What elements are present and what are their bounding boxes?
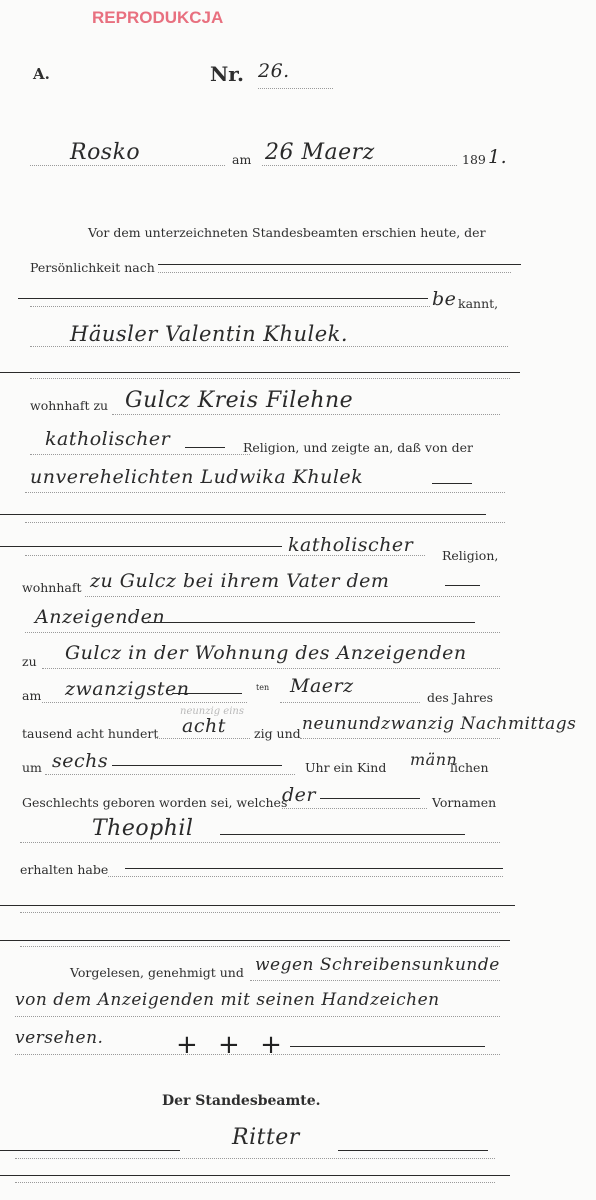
ten-label: ten (256, 683, 269, 692)
record-number-value: 26. (258, 60, 290, 82)
form-letter: A. (33, 65, 50, 83)
bekannt-handwritten: be (432, 288, 456, 310)
informant-residence: Gulcz Kreis Filehne (125, 388, 353, 413)
des-jahres-label: des Jahres (427, 690, 493, 705)
closing-handwritten-line2: von dem Anzeigenden mit seinen Handzeich… (15, 990, 440, 1010)
informant-religion: katholischer (45, 428, 170, 450)
bekannt-label: kannt, (458, 296, 498, 311)
lichen-label: lichen (450, 760, 489, 775)
informant-name: Häusler Valentin Khulek. (70, 322, 348, 346)
am-label-2: am (22, 688, 41, 703)
welches-handwritten: der (282, 784, 316, 806)
vornamen-label: Vornamen (432, 795, 496, 810)
geschlechts-label: Geschlechts geboren worden sei, welches (22, 795, 287, 810)
official-title: Der Standesbeamte. (162, 1093, 321, 1109)
year-suffix: 1. (488, 146, 507, 168)
child-given-name: Theophil (92, 816, 193, 841)
mother-name: unverehelichten Ludwika Khulek (30, 466, 363, 488)
religion-label: Religion, (442, 548, 498, 563)
mother-residence-line1: zu Gulcz bei ihrem Vater dem (90, 570, 389, 592)
mother-religion: katholischer (288, 534, 413, 556)
year-prefix: 189 (462, 152, 486, 167)
informant-hand-marks: + + + (176, 1030, 288, 1060)
birth-day: zwanzigsten (65, 678, 189, 700)
wohnhaft-label-2: wohnhaft (22, 580, 81, 595)
intro-line: Vor dem unterzeichneten Standesbeamten e… (88, 225, 486, 240)
official-signature: Ritter (232, 1125, 300, 1150)
reproduction-stamp: REPRODUKCJA (92, 8, 223, 28)
birth-decade: acht (182, 715, 226, 737)
religion-clause: Religion, und zeigte an, daß von der (243, 440, 473, 455)
vorgelesen-label: Vorgelesen, genehmigt und (70, 965, 244, 980)
zu-label: zu (22, 654, 37, 669)
record-number-label: Nr. (210, 62, 244, 86)
mother-residence-line2: Anzeigenden (35, 606, 165, 628)
closing-handwritten-line1: wegen Schreibensunkunde (255, 955, 500, 975)
tausend-label: tausend acht hundert (22, 726, 158, 741)
birth-hour: sechs (52, 750, 108, 772)
registry-place: Rosko (70, 140, 140, 165)
uhr-label: Uhr ein Kind (305, 760, 386, 775)
am-label: am (232, 152, 251, 167)
birth-year-units-and-time: neunundzwanzig Nachmittags (302, 714, 576, 734)
persoenlichkeit-label: Persönlichkeit nach (30, 260, 155, 275)
erhalten-label: erhalten habe (20, 862, 108, 877)
birth-month: Maerz (290, 675, 354, 697)
zig-und-label: zig und (254, 726, 301, 741)
birth-place: Gulcz in der Wohnung des Anzeigenden (65, 642, 467, 664)
registry-date: 26 Maerz (265, 140, 375, 165)
um-label: um (22, 760, 42, 775)
wohnhaft-label: wohnhaft zu (30, 398, 108, 413)
closing-handwritten-line3: versehen. (15, 1028, 103, 1048)
